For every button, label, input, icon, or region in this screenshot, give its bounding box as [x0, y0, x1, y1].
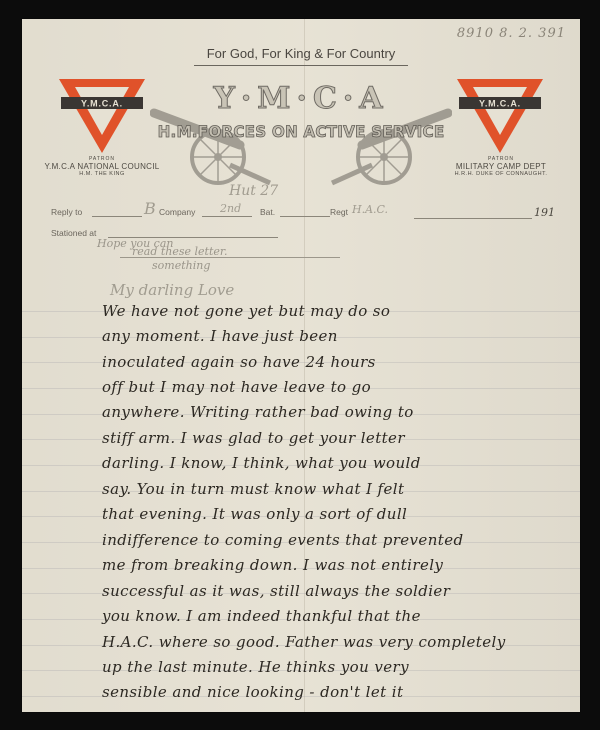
letter-body-line: any moment. I have just been — [102, 327, 338, 345]
company-label: Company — [159, 207, 195, 217]
reply-to-label: Reply to — [51, 207, 82, 217]
letter-body-line: off but I may not have leave to go — [102, 378, 371, 396]
year-prefix: 191 — [534, 206, 555, 219]
battalion-line — [280, 216, 330, 217]
patron-org: Y.M.C.A NATIONAL COUNCIL — [42, 162, 162, 171]
letter-body-line: you know. I am indeed thankful that the — [102, 607, 421, 625]
letter-sheet: 8910 8. 2. 391 For God, For King & For C… — [22, 19, 580, 712]
stationed-at-label: Stationed at — [51, 228, 96, 238]
motto-underline — [194, 65, 408, 66]
letter-body-line: H.A.C. where so good. Father was very co… — [102, 633, 506, 651]
cannon-left-icon — [150, 105, 280, 187]
letter-body-line: that evening. It was only a sort of dull — [102, 505, 407, 523]
pencil-note-line3: something — [152, 259, 210, 272]
letter-body-line: successful as it was, still always the s… — [102, 582, 450, 600]
letterhead-subtitle: H.M.FORCES ON ACTIVE SERVICE — [36, 122, 566, 141]
patron-name: H.M. THE KING — [42, 171, 162, 177]
battalion-label: Bat. — [260, 207, 275, 217]
letter-body-line: sensible and nice looking - don't let it — [102, 683, 403, 701]
letterhead-title: Y·M·C·A — [22, 81, 580, 116]
letter-body-line: anywhere. Writing rather bad owing to — [102, 403, 414, 421]
company-value: B — [144, 199, 156, 218]
hut-note: Hut 27 — [229, 183, 278, 199]
regiment-value: H.A.C. — [352, 203, 388, 216]
catalog-number: 8910 8. 2. 391 — [457, 26, 566, 41]
letter-body-line: me from breaking down. I was not entirel… — [102, 556, 443, 574]
letter-body-line: inoculated again so have 24 hours — [102, 353, 376, 371]
date-line — [414, 218, 532, 219]
letterhead-motto: For God, For King & For Country — [22, 46, 580, 61]
reply-to-line — [92, 216, 142, 217]
patron-name: H.R.H. DUKE OF CONNAUGHT. — [438, 171, 564, 177]
regiment-label: Regt — [330, 207, 348, 217]
pencil-note-line — [120, 257, 340, 258]
letter-body-line: say. You in turn must know what I felt — [102, 480, 404, 498]
letter-body-line: indifference to coming events that preve… — [102, 531, 463, 549]
letter-body-line: darling. I know, I think, what you would — [102, 454, 421, 472]
battalion-value: 2nd — [220, 202, 241, 215]
patron-org: MILITARY CAMP DEPT — [438, 162, 564, 171]
letter-body-line: We have not gone yet but may do so — [102, 302, 390, 320]
patron-block-right: PATRON MILITARY CAMP DEPT H.R.H. DUKE OF… — [438, 156, 564, 177]
letter-body-line: stiff arm. I was glad to get your letter — [102, 429, 405, 447]
company-line — [202, 216, 252, 217]
letter-body-line: up the last minute. He thinks you very — [102, 658, 409, 676]
salutation: My darling Love — [110, 281, 234, 299]
patron-block-left: PATRON Y.M.C.A NATIONAL COUNCIL H.M. THE… — [42, 156, 162, 177]
cannon-right-icon — [322, 105, 452, 187]
